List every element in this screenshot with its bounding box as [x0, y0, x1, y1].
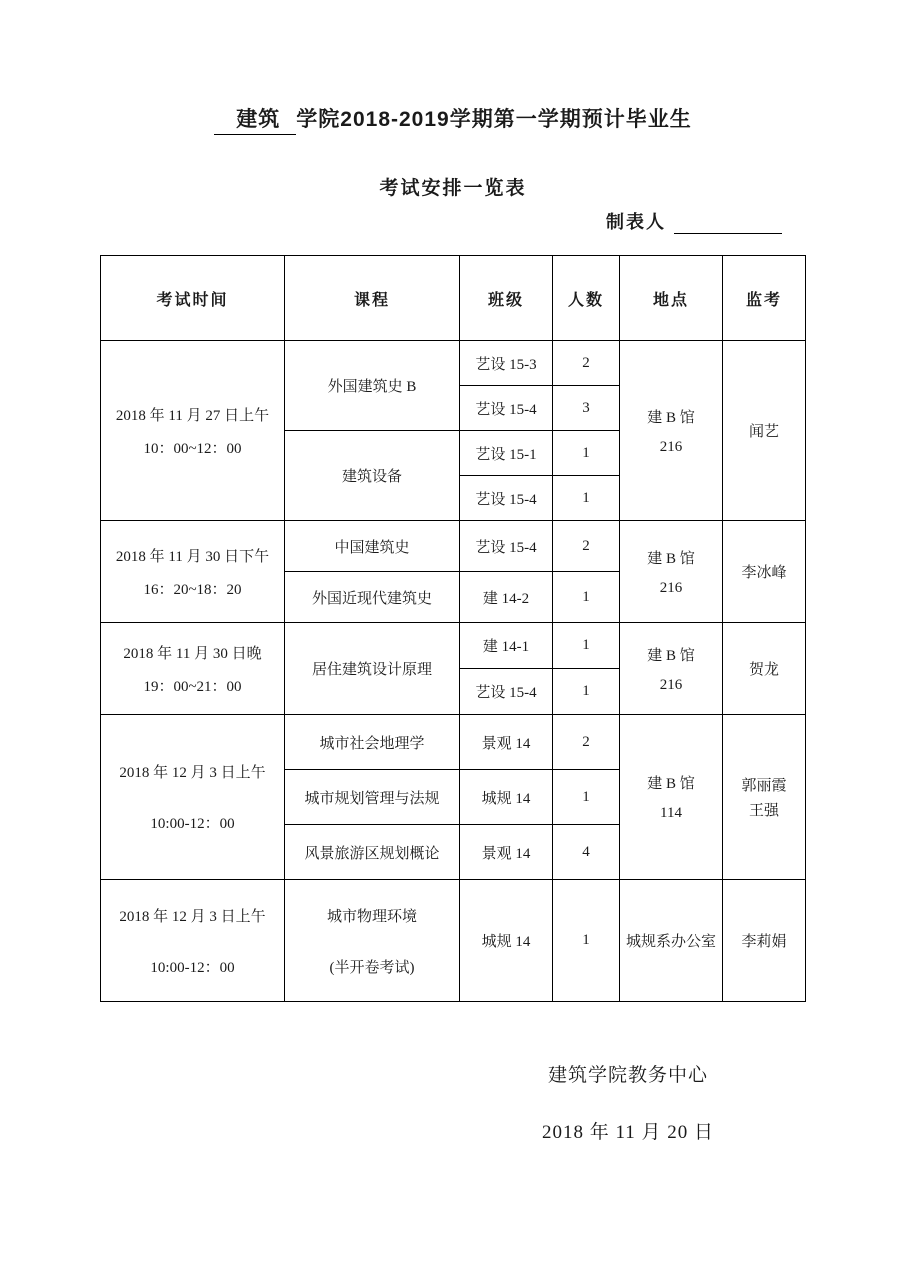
location-cell: 建 B 馆 216	[620, 521, 723, 623]
course-cell: 城市规划管理与法规	[285, 770, 460, 825]
document-page: 建筑学院2018-2019学期第一学期预计毕业生 考试安排一览表 制表人 考试时…	[0, 0, 906, 1284]
header-count: 人数	[553, 256, 620, 341]
exam-hours: 19：00~21：00	[105, 675, 280, 696]
location-cell: 建 B 馆 216	[620, 623, 723, 715]
exam-hours: 16：20~18：20	[105, 578, 280, 599]
course-cell: 居住建筑设计原理	[285, 623, 460, 715]
proctor-cell: 郭丽霞 王强	[723, 715, 806, 880]
preparer-name-blank	[674, 212, 782, 234]
table-row: 2018 年 11 月 27 日上午 10：00~12：00 外国建筑史 B 艺…	[101, 341, 806, 386]
title-line-1-text: 学院2018-2019学期第一学期预计毕业生	[296, 108, 691, 131]
course-cell: 外国近现代建筑史	[285, 572, 460, 623]
course-cell: 建筑设备	[285, 431, 460, 521]
location-cell: 建 B 馆 216	[620, 341, 723, 521]
course-cell: 城市社会地理学	[285, 715, 460, 770]
proctor-name: 郭丽霞	[727, 774, 801, 795]
count-cell: 1	[553, 770, 620, 825]
location-cell: 建 B 馆 114	[620, 715, 723, 880]
table-row: 2018 年 12 月 3 日上午 10:00-12：00 城市社会地理学 景观…	[101, 715, 806, 770]
course-cell: 中国建筑史	[285, 521, 460, 572]
class-cell: 景观 14	[460, 715, 553, 770]
location-building: 建 B 馆	[624, 547, 718, 568]
exam-time-cell: 2018 年 11 月 27 日上午 10：00~12：00	[101, 341, 285, 521]
proctor-name: 王强	[727, 799, 801, 820]
location-cell: 城规系办公室	[620, 880, 723, 1002]
course-cell: 外国建筑史 B	[285, 341, 460, 431]
table-row: 2018 年 11 月 30 日下午 16：20~18：20 中国建筑史 艺设 …	[101, 521, 806, 572]
exam-hours: 10:00-12：00	[105, 812, 280, 833]
location-room: 216	[624, 580, 718, 597]
class-cell: 艺设 15-4	[460, 386, 553, 431]
class-cell: 艺设 15-4	[460, 669, 553, 715]
count-cell: 2	[553, 341, 620, 386]
class-cell: 建 14-1	[460, 623, 553, 669]
count-cell: 4	[553, 825, 620, 880]
count-cell: 2	[553, 715, 620, 770]
exam-time-cell: 2018 年 11 月 30 日下午 16：20~18：20	[101, 521, 285, 623]
location-building: 建 B 馆	[624, 644, 718, 665]
class-cell: 艺设 15-4	[460, 476, 553, 521]
table-row: 2018 年 11 月 30 日晚 19：00~21：00 居住建筑设计原理 建…	[101, 623, 806, 669]
count-cell: 2	[553, 521, 620, 572]
class-cell: 艺设 15-4	[460, 521, 553, 572]
count-cell: 1	[553, 669, 620, 715]
class-cell: 景观 14	[460, 825, 553, 880]
exam-time-cell: 2018 年 12 月 3 日上午 10:00-12：00	[101, 880, 285, 1002]
header-location: 地点	[620, 256, 723, 341]
course-cell: 风景旅游区规划概论	[285, 825, 460, 880]
document-title: 建筑学院2018-2019学期第一学期预计毕业生 考试安排一览表	[0, 103, 906, 200]
location-building: 建 B 馆	[624, 406, 718, 427]
location-building: 建 B 馆	[624, 772, 718, 793]
college-name-blank: 建筑	[214, 103, 296, 135]
table-header-row: 考试时间 课程 班级 人数 地点 监考	[101, 256, 806, 341]
title-line-1: 建筑学院2018-2019学期第一学期预计毕业生	[0, 103, 906, 135]
header-course: 课程	[285, 256, 460, 341]
exam-date: 2018 年 11 月 30 日下午	[105, 545, 280, 566]
class-cell: 建 14-2	[460, 572, 553, 623]
header-class: 班级	[460, 256, 553, 341]
exam-date: 2018 年 11 月 27 日上午	[105, 404, 280, 425]
location-room: 216	[624, 439, 718, 456]
count-cell: 3	[553, 386, 620, 431]
exam-hours: 10:00-12：00	[105, 956, 280, 977]
count-cell: 1	[553, 431, 620, 476]
header-proctor: 监考	[723, 256, 806, 341]
exam-schedule-table: 考试时间 课程 班级 人数 地点 监考 2018 年 11 月 27 日上午 1…	[100, 255, 806, 1002]
exam-time-cell: 2018 年 12 月 3 日上午 10:00-12：00	[101, 715, 285, 880]
proctor-cell: 闻艺	[723, 341, 806, 521]
exam-hours: 10：00~12：00	[105, 437, 280, 458]
count-cell: 1	[553, 880, 620, 1002]
preparer-label: 制表人	[606, 212, 666, 232]
course-cell: 城市物理环境 (半开卷考试)	[285, 880, 460, 1002]
footer-department: 建筑学院教务中心	[452, 1060, 804, 1087]
count-cell: 1	[553, 572, 620, 623]
proctor-cell: 李冰峰	[723, 521, 806, 623]
exam-date: 2018 年 12 月 3 日上午	[105, 905, 280, 926]
location-room: 114	[624, 805, 718, 822]
footer-date: 2018 年 11 月 20 日	[452, 1117, 804, 1144]
proctor-cell: 李莉娟	[723, 880, 806, 1002]
course-name: 城市物理环境	[289, 905, 455, 926]
proctor-cell: 贺龙	[723, 623, 806, 715]
preparer-row: 制表人	[606, 208, 782, 234]
class-cell: 城规 14	[460, 880, 553, 1002]
class-cell: 艺设 15-1	[460, 431, 553, 476]
class-cell: 艺设 15-3	[460, 341, 553, 386]
location-room: 216	[624, 677, 718, 694]
header-exam-time: 考试时间	[101, 256, 285, 341]
exam-time-cell: 2018 年 11 月 30 日晚 19：00~21：00	[101, 623, 285, 715]
count-cell: 1	[553, 623, 620, 669]
count-cell: 1	[553, 476, 620, 521]
title-line-2: 考试安排一览表	[0, 173, 906, 200]
table-row: 2018 年 12 月 3 日上午 10:00-12：00 城市物理环境 (半开…	[101, 880, 806, 1002]
document-footer: 建筑学院教务中心 2018 年 11 月 20 日	[452, 1060, 804, 1144]
class-cell: 城规 14	[460, 770, 553, 825]
exam-date: 2018 年 11 月 30 日晚	[105, 642, 280, 663]
course-note: (半开卷考试)	[289, 956, 455, 977]
exam-date: 2018 年 12 月 3 日上午	[105, 761, 280, 782]
